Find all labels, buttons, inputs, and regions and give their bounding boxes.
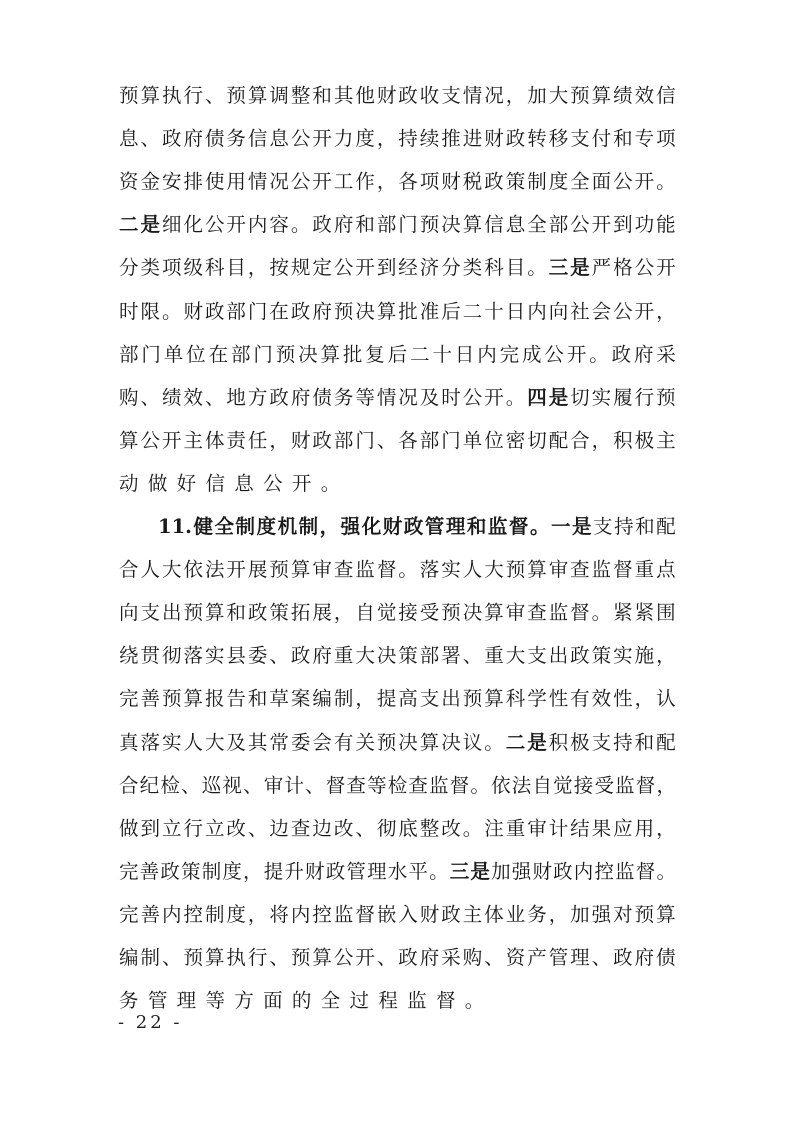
text: 内 (248, 203, 268, 246)
text: 查 (527, 591, 547, 634)
text-line: 真落实人大及其常委会有关预决算决议。二是积极支持和配 (119, 721, 676, 764)
text: 监 (615, 850, 635, 893)
text: 科 (205, 246, 225, 289)
text: 效 (635, 74, 655, 117)
text: 预 (119, 74, 139, 117)
text: 调 (269, 74, 289, 117)
text: 持 (613, 721, 633, 764)
text: 级 (183, 246, 203, 289)
text: 支 (570, 117, 590, 160)
text: 门 (355, 419, 375, 462)
text: 大 (205, 721, 225, 764)
text: 监 (615, 764, 635, 807)
text: 政 (441, 893, 461, 936)
text: 目 (506, 246, 526, 289)
text: 公 (205, 203, 225, 246)
text: 和 (248, 677, 268, 720)
bold-text: 是 (572, 505, 592, 548)
text: 落 (420, 548, 440, 591)
text: 公 (291, 160, 311, 203)
text: 升 (284, 850, 304, 893)
text: 结 (570, 807, 590, 850)
text: 。 (463, 807, 483, 850)
text: 按 (269, 246, 289, 289)
text: 购 (119, 376, 139, 419)
text-line: 完善预算报告和草案编制，提高支出预算科学性有效性，认 (119, 677, 676, 720)
text: 大 (506, 634, 526, 677)
text: 整 (291, 74, 311, 117)
text: 审 (506, 591, 526, 634)
text: 督 (326, 764, 346, 807)
text: 立 (205, 807, 225, 850)
text: 项 (656, 117, 676, 160)
text: 。 (656, 850, 676, 893)
bold-text: 二 (506, 721, 526, 764)
text: 公 (263, 462, 283, 505)
text: 策 (506, 160, 526, 203)
text: 强 (512, 850, 532, 893)
text: 政 (312, 419, 332, 462)
text: 严 (592, 246, 612, 289)
text: 紧 (635, 591, 655, 634)
text: 预 (226, 74, 246, 117)
text: 算 (484, 677, 504, 720)
text: 人 (140, 548, 160, 591)
text: 、 (484, 936, 504, 979)
text: 。 (527, 246, 547, 289)
text: 积 (613, 419, 633, 462)
text: 债 (312, 376, 332, 419)
text: 日 (506, 290, 526, 333)
text: 项 (420, 160, 440, 203)
text: 公 (635, 246, 655, 289)
text: 过 (350, 979, 370, 1022)
bold-text: 财 (383, 505, 403, 548)
text-line: 部门单位在部门预决算批复后二十日内完成公开。政府采 (119, 333, 676, 376)
text: 、 (377, 419, 397, 462)
text-line: 预算执行、预算调整和其他财政收支情况，加大预算绩效信 (119, 74, 676, 117)
bold-text: 度 (257, 505, 277, 548)
text: 策 (398, 634, 418, 677)
text: 完 (119, 893, 139, 936)
text: 施 (635, 634, 655, 677)
text: 开 (292, 462, 312, 505)
text: 水 (388, 850, 408, 893)
text: 部 (377, 203, 397, 246)
text: 进 (463, 117, 483, 160)
text: 到 (377, 246, 397, 289)
text: ， (334, 591, 354, 634)
bold-text: 督 (509, 505, 529, 548)
text: 督 (377, 548, 397, 591)
text: 纪 (140, 764, 160, 807)
text: 预 (183, 936, 203, 979)
text: 地 (226, 376, 246, 419)
text: 出 (549, 634, 569, 677)
text: 公 (570, 203, 590, 246)
text: 、 (355, 807, 375, 850)
text: 好 (177, 462, 197, 505)
text: 加 (570, 893, 590, 936)
text: ， (656, 290, 676, 333)
text: 位 (484, 419, 504, 462)
bold-text: 是 (527, 721, 547, 764)
text: 。 (589, 333, 609, 376)
text: 细 (162, 203, 182, 246)
text: 准 (420, 290, 440, 333)
text: 预 (570, 74, 590, 117)
text: 将 (269, 893, 289, 936)
text: 信 (248, 117, 268, 160)
text: 政 (291, 290, 311, 333)
text: 监 (355, 548, 375, 591)
text: 入 (398, 893, 418, 936)
text: 巡 (202, 764, 222, 807)
text: 算 (312, 936, 332, 979)
text: 公 (291, 117, 311, 160)
text: 府 (334, 203, 354, 246)
text: 合 (570, 419, 590, 462)
text: 预 (183, 591, 203, 634)
text: 政 (484, 160, 504, 203)
bold-text: 政 (404, 505, 424, 548)
text-line: 分类项级科目，按规定公开到经济分类科目。三是严格公开 (119, 246, 676, 289)
text: 算 (205, 936, 225, 979)
text: 落 (140, 721, 160, 764)
text: 政 (160, 850, 180, 893)
text: 类 (140, 246, 160, 289)
text: 产 (527, 936, 547, 979)
text: 编 (312, 677, 332, 720)
text: 公 (544, 333, 564, 376)
text: 边 (269, 807, 289, 850)
text: 制 (140, 936, 160, 979)
text: 部 (231, 333, 251, 376)
text: 大 (484, 548, 504, 591)
text: 用 (635, 807, 655, 850)
text: 监 (429, 764, 449, 807)
text: 务 (334, 376, 354, 419)
text: 二 (463, 290, 483, 333)
text: 完 (119, 677, 139, 720)
text: 高 (398, 677, 418, 720)
text: 项 (162, 246, 182, 289)
text: 效 (592, 677, 612, 720)
bold-text: 制 (299, 505, 319, 548)
text: 专 (635, 117, 655, 160)
text: 策 (592, 634, 612, 677)
text-line: 二是细化公开内容。政府和部门预决算信息全部公开到功能 (119, 203, 676, 246)
text: 科 (484, 246, 504, 289)
text: 果 (592, 807, 612, 850)
text: 用 (226, 160, 246, 203)
text: 信 (656, 74, 676, 117)
text: 切 (570, 376, 590, 419)
text: 接 (574, 764, 594, 807)
text: 议 (463, 721, 483, 764)
text: 门 (441, 419, 461, 462)
text: 情 (248, 160, 268, 203)
text: 资 (119, 160, 139, 203)
text: 况 (398, 376, 418, 419)
text: ， (592, 419, 612, 462)
text: 完 (119, 850, 139, 893)
text: 依 (183, 548, 203, 591)
text: 履 (613, 376, 633, 419)
text: ， (656, 634, 676, 677)
text: 政 (612, 333, 632, 376)
text: 。 (465, 979, 485, 1022)
text: 付 (592, 117, 612, 160)
text: 。 (592, 591, 612, 634)
text: 边 (312, 807, 332, 850)
text: 及 (226, 721, 246, 764)
text: 。 (291, 203, 311, 246)
text: 、 (463, 634, 483, 677)
text: 规 (291, 246, 311, 289)
text: 门 (253, 333, 273, 376)
bold-text: 。 (530, 505, 550, 548)
text: 密 (506, 419, 526, 462)
text: 贯 (140, 634, 160, 677)
text: 绩 (162, 376, 182, 419)
text: 到 (140, 807, 160, 850)
bold-text: ， (320, 505, 340, 548)
text-line: 做到立行立改、边查边改、彻底整改。注重审计结果应用， (119, 807, 676, 850)
text: ， (656, 807, 676, 850)
bold-text: 强 (341, 505, 361, 548)
text: 、 (205, 74, 225, 117)
bold-text: 11. (158, 505, 192, 548)
text: 控 (594, 850, 614, 893)
text: 查 (570, 548, 590, 591)
text: 财 (305, 850, 325, 893)
text: 开 (592, 203, 612, 246)
text: 重 (635, 548, 655, 591)
text: 十 (432, 333, 452, 376)
text-line: 绕贯彻落实县委、政府重大决策部署、重大支出政策实施， (119, 634, 676, 677)
bold-text: 理 (446, 505, 466, 548)
text: 性 (613, 677, 633, 720)
text: 。 (470, 764, 490, 807)
text: 注 (484, 807, 504, 850)
text: 。 (429, 850, 449, 893)
text-line: 编制、预算执行、预算公开、政府采购、资产管理、政府债 (119, 936, 676, 979)
text: 工 (334, 160, 354, 203)
text: 部 (549, 203, 569, 246)
page-number: - 22 - (118, 1012, 183, 1033)
text: 整 (420, 807, 440, 850)
text: 策 (269, 591, 289, 634)
text: 度 (222, 850, 242, 893)
text: 方 (248, 376, 268, 419)
text: 算 (420, 721, 440, 764)
text: 监 (334, 893, 354, 936)
text: 容 (269, 203, 289, 246)
text: 报 (205, 677, 225, 720)
text: 绩 (613, 74, 633, 117)
text: ， (377, 117, 397, 160)
text: 体 (205, 419, 225, 462)
text: 开 (312, 160, 332, 203)
text: 向 (549, 290, 569, 333)
text: 、 (305, 764, 325, 807)
bold-text: 全 (214, 505, 234, 548)
text: 公 (613, 160, 633, 203)
text: 法 (205, 548, 225, 591)
text: 觉 (377, 591, 397, 634)
text: 动 (119, 462, 139, 505)
text: 控 (312, 893, 332, 936)
text: 。 (162, 290, 182, 333)
text: 定 (312, 246, 332, 289)
text: 开 (567, 333, 587, 376)
text-line: 息、政府债务信息公开力度，持续推进财政转移支付和专项 (119, 117, 676, 160)
text: 绕 (119, 634, 139, 677)
text: 性 (549, 677, 569, 720)
text: 展 (312, 591, 332, 634)
text: 积 (549, 721, 569, 764)
text: 关 (355, 721, 375, 764)
text: 体 (484, 893, 504, 936)
text: 二 (410, 333, 430, 376)
text: 情 (377, 376, 397, 419)
text: 面 (592, 160, 612, 203)
text: 开 (355, 936, 375, 979)
text: 单 (164, 333, 184, 376)
text: 决 (441, 721, 461, 764)
text: 案 (291, 677, 311, 720)
text: 向 (119, 591, 139, 634)
text: 嵌 (377, 893, 397, 936)
text: 常 (269, 721, 289, 764)
bold-text: 制 (236, 505, 256, 548)
text: 开 (484, 376, 504, 419)
text: 完 (500, 333, 520, 376)
text: 在 (269, 290, 289, 333)
text: ， (248, 246, 268, 289)
text: 彻 (162, 634, 182, 677)
text: 财 (420, 893, 440, 936)
text: ， (377, 160, 397, 203)
text: 收 (420, 74, 440, 117)
text: 督 (355, 893, 375, 936)
text: 算 (592, 74, 612, 117)
text: 对 (613, 893, 633, 936)
text: 算 (205, 591, 225, 634)
text: 况 (269, 160, 289, 203)
text: 政 (291, 634, 311, 677)
text: 公 (463, 376, 483, 419)
text: 开 (355, 246, 375, 289)
text: 、 (248, 807, 268, 850)
text: 法 (512, 764, 532, 807)
text: 。 (656, 160, 676, 203)
text: 他 (355, 74, 375, 117)
text: 公 (334, 246, 354, 289)
text: 算 (527, 548, 547, 591)
text: 预 (276, 333, 296, 376)
text: 务 (527, 893, 547, 936)
text: 经 (398, 246, 418, 289)
text: 务 (226, 117, 246, 160)
text: 公 (334, 936, 354, 979)
text: ， (248, 893, 268, 936)
text: 能 (656, 203, 676, 246)
bold-text: 管 (425, 505, 445, 548)
text: 开 (226, 548, 246, 591)
text: 大 (549, 74, 569, 117)
text: 审 (527, 807, 547, 850)
text: 善 (140, 677, 160, 720)
text: 府 (291, 376, 311, 419)
text: 底 (398, 807, 418, 850)
text: 实 (613, 634, 633, 677)
text: 检 (388, 764, 408, 807)
text: 部 (119, 333, 139, 376)
text: 极 (635, 419, 655, 462)
text: 政 (398, 936, 418, 979)
text: 功 (635, 203, 655, 246)
text: 算 (291, 548, 311, 591)
text: 紧 (613, 591, 633, 634)
text: 购 (463, 936, 483, 979)
text: 财 (377, 74, 397, 117)
text: 府 (634, 333, 654, 376)
bold-text: 三 (450, 850, 470, 893)
text: 公 (613, 290, 633, 333)
text: 查 (291, 807, 311, 850)
text: 审 (264, 764, 284, 807)
text: 大 (355, 634, 375, 677)
text: 政 (312, 203, 332, 246)
text: 其 (248, 721, 268, 764)
text: 政 (205, 290, 225, 333)
text: 行 (183, 74, 203, 117)
text: 支 (527, 634, 547, 677)
text: 信 (205, 462, 225, 505)
text: 开 (656, 246, 676, 289)
bold-text: 一 (551, 505, 571, 548)
text: 行 (635, 376, 655, 419)
text: 督 (636, 764, 656, 807)
text: 理 (367, 850, 387, 893)
text: 全 (570, 160, 590, 203)
text: 查 (334, 548, 354, 591)
text-line: 11.健全制度机制，强化财政管理和监督。一是支持和配 (158, 505, 676, 548)
document-page: 预算执行、预算调整和其他财政收支情况，加大预算绩效信息、政府债务信息公开力度，持… (0, 0, 793, 1122)
text: 格 (613, 246, 633, 289)
text: 督 (570, 591, 590, 634)
text: 财 (291, 419, 311, 462)
text: 善 (140, 893, 160, 936)
text: 督 (436, 979, 456, 1022)
text: 算 (140, 74, 160, 117)
text: 提 (377, 677, 397, 720)
text: 草 (269, 677, 289, 720)
text: 审 (312, 548, 332, 591)
text: 监 (407, 979, 427, 1022)
text: 制 (202, 850, 222, 893)
text: ， (549, 893, 569, 936)
bold-text: 二 (119, 203, 139, 246)
text: 预 (635, 893, 655, 936)
text: 算 (484, 591, 504, 634)
text: 平 (408, 850, 428, 893)
text: 和 (226, 591, 246, 634)
text: ， (243, 850, 263, 893)
text-line: 完善内控制度，将内控监督嵌入财政主体业务，加强对预算 (119, 893, 676, 936)
